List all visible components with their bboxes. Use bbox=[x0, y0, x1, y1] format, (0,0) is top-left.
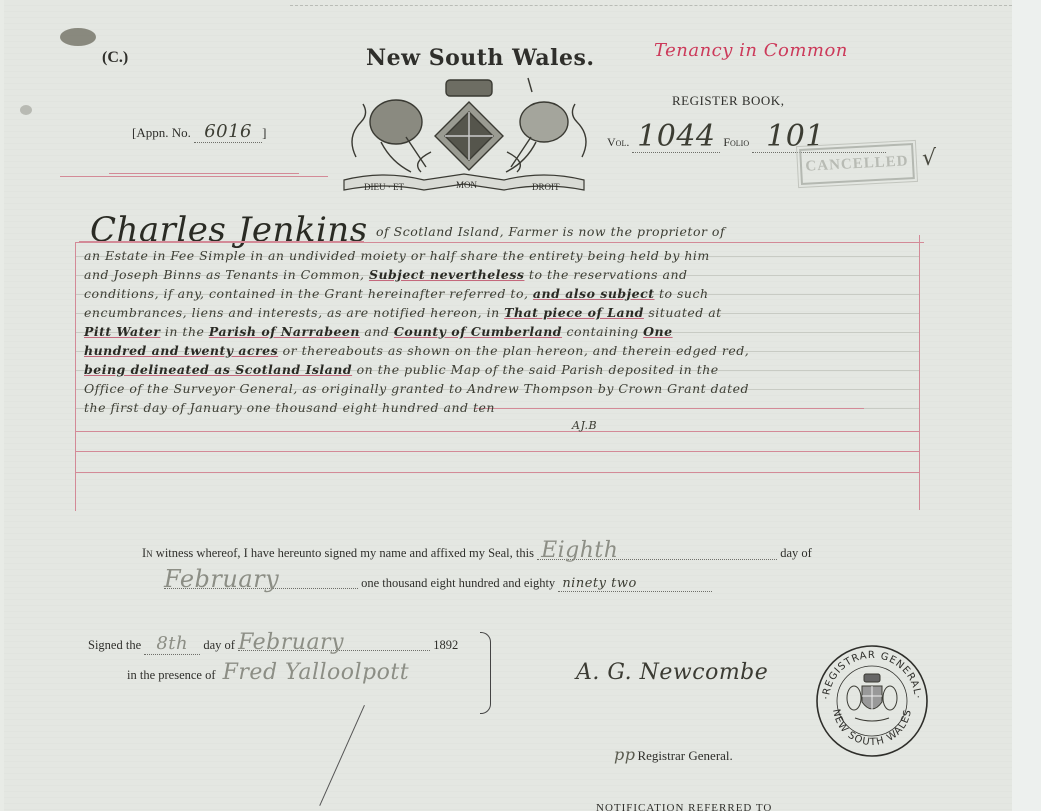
application-bracket: ] bbox=[262, 125, 266, 140]
form-code: (C.) bbox=[102, 49, 128, 67]
month-word: February bbox=[164, 570, 358, 589]
tenancy-annotation: Tenancy in Common bbox=[654, 40, 848, 61]
body-line-0: of Scotland Island, Farmer is now the pr… bbox=[376, 224, 725, 239]
header-rule bbox=[60, 176, 328, 177]
witness-date-line: February one thousand eight hundred and … bbox=[164, 570, 712, 592]
body-line-2: and Joseph Binns as Tenants in Common, S… bbox=[84, 267, 688, 282]
coat-of-arms-icon: DIEU · ET MON DROIT bbox=[336, 62, 602, 197]
check-mark: √ bbox=[922, 146, 936, 171]
register-page: (C.) New South Wales. Tenancy in Common … bbox=[4, 0, 1012, 811]
body-line-4: encumbrances, liens and interests, as ar… bbox=[84, 305, 722, 320]
scan-margin bbox=[1012, 0, 1041, 811]
ruling-line-red bbox=[76, 451, 919, 452]
registrar-label: ppRegistrar General. bbox=[614, 745, 733, 764]
body-line-6: hundred and twenty acres or thereabouts … bbox=[84, 343, 749, 358]
perforation-line bbox=[290, 5, 1022, 6]
paper-mark bbox=[20, 105, 32, 115]
witness-signature: Fred Yalloolpott bbox=[219, 660, 433, 685]
bracket-brace bbox=[480, 632, 491, 714]
ink-smudge bbox=[60, 28, 96, 46]
ruling-line-red bbox=[76, 472, 919, 473]
body-line-1: an Estate in Fee Simple in an undivided … bbox=[84, 248, 710, 263]
cancelled-stamp: CANCELLED bbox=[799, 143, 915, 185]
header-rule-inner bbox=[109, 173, 299, 174]
register-book-heading: REGISTER BOOK, bbox=[672, 93, 784, 109]
body-line-7: being delineated as Scotland Island on t… bbox=[84, 362, 719, 377]
body-line-9: the first day of January one thousand ei… bbox=[84, 400, 495, 415]
vol-value: 1044 bbox=[632, 122, 720, 153]
registrar-signature: A. G. Newcombe bbox=[576, 660, 768, 685]
signed-line: Signed the 8th day of February 1892 bbox=[88, 633, 458, 655]
svg-text:DROIT: DROIT bbox=[532, 182, 560, 192]
application-label: [Appn. No. bbox=[132, 125, 191, 140]
signed-year: 1892 bbox=[433, 638, 458, 652]
presence-line: in the presence of Fred Yalloolpott bbox=[127, 660, 433, 685]
certificate-body-frame-right bbox=[919, 235, 920, 510]
svg-text:DIEU · ET: DIEU · ET bbox=[364, 182, 404, 192]
notification-heading: NOTIFICATION REFERRED TO bbox=[596, 802, 772, 811]
witness-clause: In witness whereof, I have hereunto sign… bbox=[142, 543, 812, 561]
body-line-8: Office of the Surveyor General, as origi… bbox=[84, 381, 749, 396]
pencil-stroke bbox=[319, 705, 365, 806]
ruling-line-red bbox=[76, 431, 919, 432]
signed-day: 8th bbox=[144, 633, 200, 655]
svg-text:MON: MON bbox=[456, 180, 478, 190]
application-number: [Appn. No. 6016] bbox=[132, 121, 266, 143]
signed-month: February bbox=[238, 636, 430, 651]
closing-rule bbox=[474, 408, 864, 409]
initials: AJ.B bbox=[572, 419, 597, 432]
registrar-general-seal-icon: ·REGISTRAR GENERAL· NEW SOUTH WALES bbox=[815, 644, 929, 758]
vol-label: Vol. bbox=[607, 135, 629, 149]
folio-label: Folio bbox=[723, 135, 749, 149]
day-word: Eighth bbox=[537, 543, 777, 560]
body-line-3: conditions, if any, contained in the Gra… bbox=[84, 286, 709, 301]
body-line-5: Pitt Water in the Parish of Narrabeen an… bbox=[84, 324, 673, 339]
svg-text:NEW SOUTH WALES: NEW SOUTH WALES bbox=[830, 708, 914, 748]
application-number-value: 6016 bbox=[194, 121, 262, 143]
year-fill: ninety two bbox=[558, 576, 712, 592]
